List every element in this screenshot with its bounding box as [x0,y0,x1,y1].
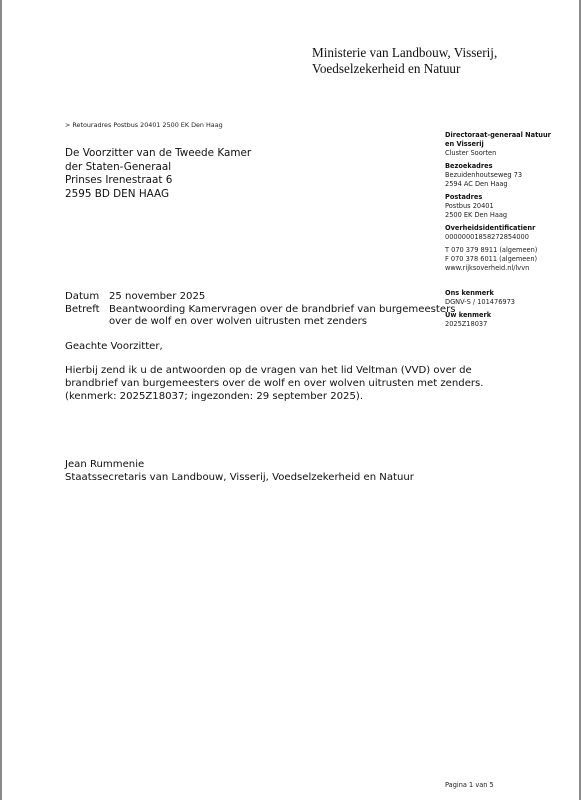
postal-address-group: Postadres Postbus 20401 2500 EK Den Haag [445,193,577,220]
page-border-right [579,0,581,800]
return-address: > Retouradres Postbus 20401 2500 EK Den … [65,121,223,129]
visit-address-label: Bezoekadres [445,162,577,171]
contact-group: T 070 379 8911 (algemeen) F 070 378 6011… [445,246,577,273]
visit-address-group: Bezoekadres Bezuidenhoutseweg 73 2594 AC… [445,162,577,189]
department-name-line-2: en Visserij [445,140,577,149]
body-line: brandbrief van burgemeesters over de wol… [65,377,484,390]
visit-address-line: Bezuidenhoutseweg 73 [445,171,577,180]
cluster-name: Cluster Soorten [445,149,577,158]
subject-row: Betreft Beantwoording Kamervragen over d… [65,304,456,329]
signature-block: Jean Rummenie Staatssecretaris van Landb… [65,458,414,484]
date-label: Datum [65,291,109,304]
addressee-block: De Voorzitter van de Tweede Kamer der St… [65,147,251,201]
signatory-title: Staatssecretaris van Landbouw, Visserij,… [65,471,414,484]
letter-meta: Datum 25 november 2025 Betreft Beantwoor… [65,291,456,329]
visit-address-line: 2594 AC Den Haag [445,180,577,189]
addressee-line: 2595 BD DEN HAAG [65,188,251,202]
addressee-line: Prinses Irenestraat 6 [65,174,251,188]
postal-address-label: Postadres [445,193,577,202]
phone-number: T 070 379 8911 (algemeen) [445,246,577,255]
body-line: (kenmerk: 2025Z18037; ingezonden: 29 sep… [65,390,484,403]
department-group: Directoraat-generaal Natuur en Visserij … [445,131,577,158]
signatory-name: Jean Rummenie [65,458,414,471]
fax-number: F 070 378 6011 (algemeen) [445,255,577,264]
addressee-line: der Staten-Generaal [65,161,251,175]
postal-address-line: 2500 EK Den Haag [445,211,577,220]
gov-id-group: Overheidsidentificatienr 000000018582728… [445,224,577,242]
postal-address-line: Postbus 20401 [445,202,577,211]
date-value: 25 november 2025 [109,291,205,304]
gov-id-value: 00000001858272854000 [445,233,577,242]
ministry-name-line-1: Ministerie van Landbouw, Visserij, [312,45,497,61]
page-border-left [0,0,2,800]
website-link[interactable]: www.rijksoverheid.nl/lvvn [445,264,577,273]
salutation: Geachte Voorzitter, [65,341,163,352]
ministry-letterhead: Ministerie van Landbouw, Visserij, Voeds… [312,45,497,77]
ministry-name-line-2: Voedselzekerheid en Natuur [312,61,497,77]
addressee-line: De Voorzitter van de Tweede Kamer [65,147,251,161]
date-row: Datum 25 november 2025 [65,291,456,304]
subject-line-2: over de wolf en over wolven uitrusten me… [109,316,456,329]
subject-label: Betreft [65,304,109,329]
department-name-line-1: Directoraat-generaal Natuur [445,131,577,140]
subject-line-1: Beantwoording Kamervragen over de brandb… [109,304,456,317]
page-number: Pagina 1 van 5 [445,781,494,789]
letter-body: Hierbij zend ik u de antwoorden op de vr… [65,364,484,404]
gov-id-label: Overheidsidentificatienr [445,224,577,233]
sender-info-sidebar: Directoraat-generaal Natuur en Visserij … [445,131,577,277]
body-line: Hierbij zend ik u de antwoorden op de vr… [65,364,484,377]
